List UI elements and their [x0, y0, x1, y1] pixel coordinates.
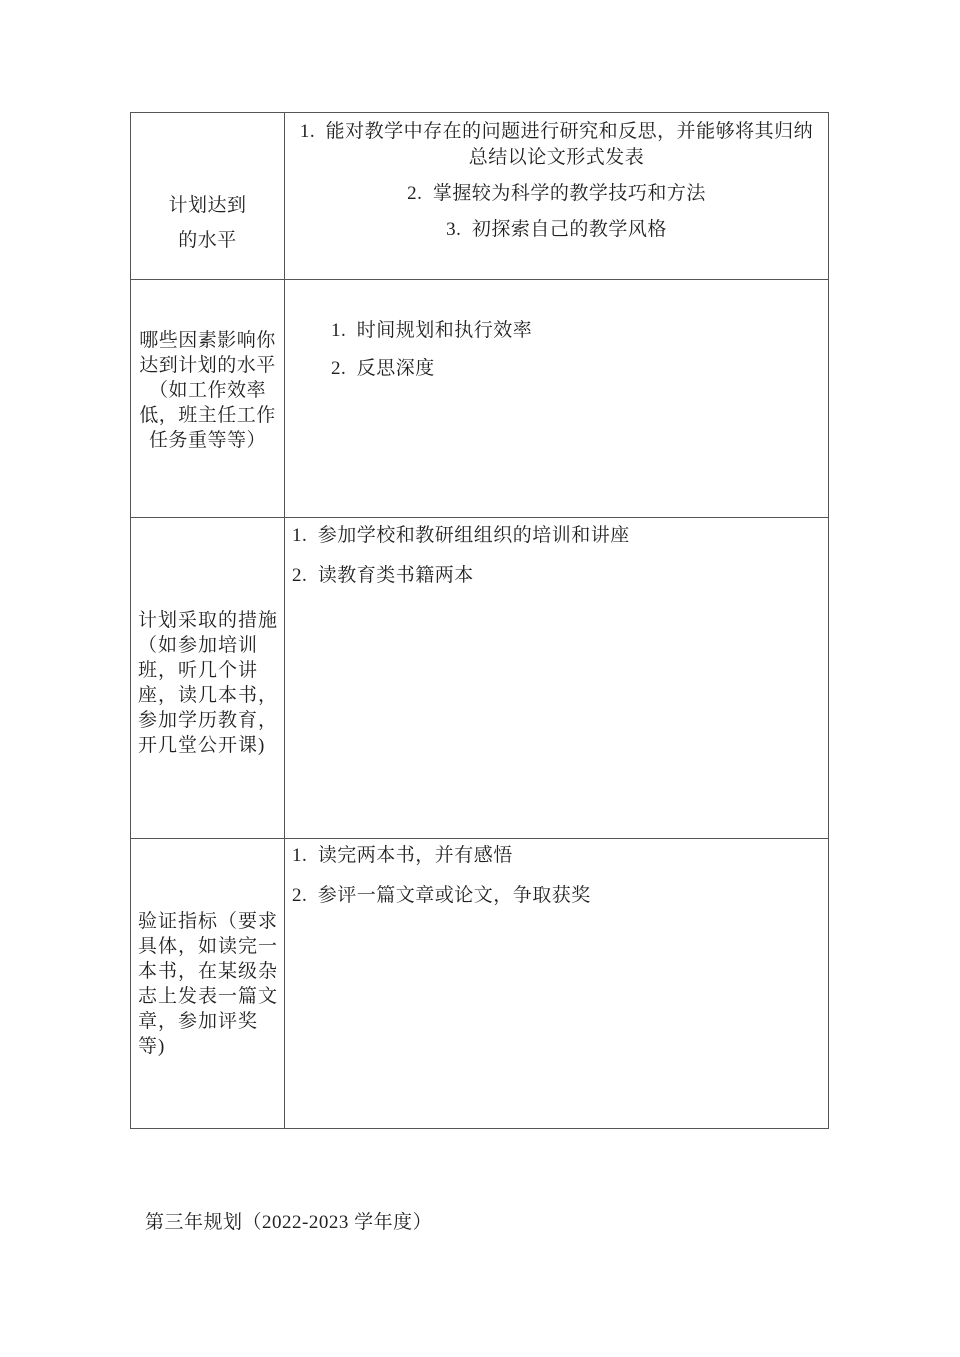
teacher-plan-table: 计划达到 的水平 1. 能对教学中存在的问题进行研究和反思，并能够将其归纳 总结… — [130, 112, 829, 1129]
document-page: 计划达到 的水平 1. 能对教学中存在的问题进行研究和反思，并能够将其归纳 总结… — [0, 0, 960, 1357]
table-row: 计划采取的措施 （如参加培训 班，听几个讲 座，读几本书， 参加学历教育， 开几… — [131, 518, 829, 839]
row-header-planned-measures: 计划采取的措施 （如参加培训 班，听几个讲 座，读几本书， 参加学历教育， 开几… — [131, 518, 285, 839]
row-cell-influencing-factors: 1. 时间规划和执行效率 2. 反思深度 — [285, 280, 829, 518]
row-header-planned-level: 计划达到 的水平 — [131, 113, 285, 280]
table-row: 计划达到 的水平 1. 能对教学中存在的问题进行研究和反思，并能够将其归纳 总结… — [131, 113, 829, 280]
row-header-verification-indicators: 验证指标（要求 具体，如读完一 本书，在某级杂 志上发表一篇文 章，参加评奖 等… — [131, 839, 285, 1129]
table-row: 哪些因素影响你 达到计划的水平 （如工作效率 低，班主任工作 任务重等等） 1.… — [131, 280, 829, 518]
list-item: 2. 反思深度 — [331, 356, 820, 382]
row-cell-planned-measures: 1. 参加学校和教研组组织的培训和讲座 2. 读教育类书籍两本 — [285, 518, 829, 839]
list-item: 3. 初探索自己的教学风格 — [293, 217, 820, 243]
list-item: 2. 掌握较为科学的教学技巧和方法 — [293, 181, 820, 207]
row-header-influencing-factors: 哪些因素影响你 达到计划的水平 （如工作效率 低，班主任工作 任务重等等） — [131, 280, 285, 518]
list-item: 2. 读教育类书籍两本 — [292, 563, 820, 589]
list-item: 1. 能对教学中存在的问题进行研究和反思，并能够将其归纳 总结以论文形式发表 — [293, 119, 820, 171]
row-cell-planned-level: 1. 能对教学中存在的问题进行研究和反思，并能够将其归纳 总结以论文形式发表 2… — [285, 113, 829, 280]
third-year-plan-heading: 第三年规划（2022-2023 学年度） — [145, 1210, 432, 1236]
list-item: 2. 参评一篇文章或论文，争取获奖 — [292, 883, 820, 909]
list-item: 1. 时间规划和执行效率 — [331, 318, 820, 344]
list-item: 1. 读完两本书，并有感悟 — [292, 843, 820, 869]
row-cell-verification-indicators: 1. 读完两本书，并有感悟 2. 参评一篇文章或论文，争取获奖 — [285, 839, 829, 1129]
list-item: 1. 参加学校和教研组组织的培训和讲座 — [292, 523, 820, 549]
table-row: 验证指标（要求 具体，如读完一 本书，在某级杂 志上发表一篇文 章，参加评奖 等… — [131, 839, 829, 1129]
